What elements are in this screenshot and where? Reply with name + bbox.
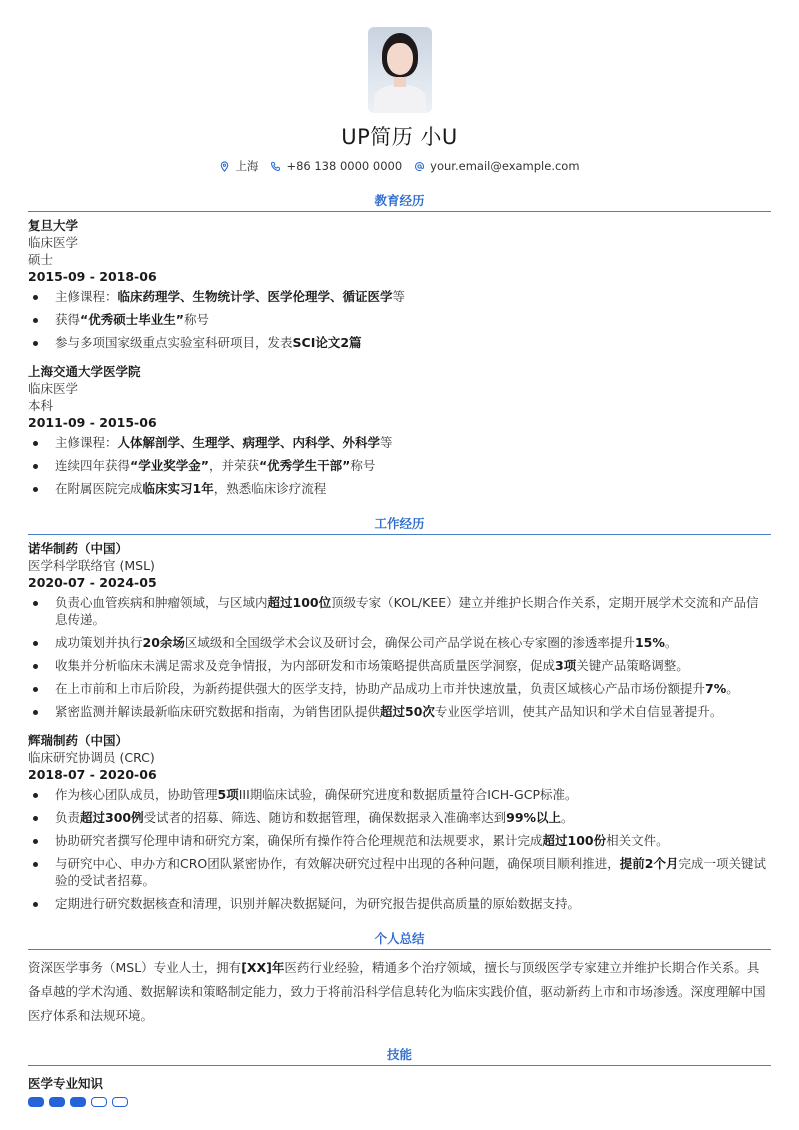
bullet-item: 负责超过300例受试者的招募、筛选、随访和数据管理，确保数据录入准确率达到99%… <box>28 809 771 826</box>
highlight-text: “优秀硕士毕业生” <box>80 312 184 327</box>
highlight-text: [XX]年 <box>241 960 284 975</box>
bullet-item: 负责心血管疾病和肿瘤领域，与区域内超过100位顶级专家（KOL/KEE）建立并维… <box>28 594 771 628</box>
contact-location: 上海 <box>219 158 258 174</box>
major: 临床医学 <box>28 234 771 251</box>
section-title-skills: 技能 <box>28 1045 771 1066</box>
text-run: 成功策划并执行 <box>55 635 143 650</box>
company-name: 辉瑞制药（中国） <box>28 732 771 749</box>
text-run: 称号 <box>184 312 209 327</box>
resume-page: UP简历 小U 上海 +86 138 0000 0000 your.email@… <box>0 0 799 1107</box>
bullet-item: 主修课程：临床药理学、生物统计学、医学伦理学、循证医学等 <box>28 288 771 305</box>
bullet-item: 主修课程：人体解剖学、生理学、病理学、内科学、外科学等 <box>28 434 771 451</box>
text-run: 在上市前和上市后阶段，为新药提供强大的医学支持，协助产品成功上市并快速放量，负责… <box>55 681 705 696</box>
summary-text: 资深医学事务（MSL）专业人士，拥有[XX]年医药行业经验，精通多个治疗领域，擅… <box>28 956 771 1028</box>
highlight-text: 3项 <box>555 658 576 673</box>
highlight-text: 超过100份 <box>543 833 607 848</box>
job-title: 临床研究协调员 (CRC) <box>28 749 771 766</box>
bullet-item: 连续四年获得“学业奖学金”，并荣获“优秀学生干部”称号 <box>28 457 771 474</box>
phone-icon <box>270 161 281 172</box>
skill-level-indicator <box>28 1097 771 1107</box>
highlight-text: “优秀学生干部” <box>259 458 350 473</box>
skill-name: 医学专业知识 <box>28 1074 771 1092</box>
section-title-summary: 个人总结 <box>28 929 771 950</box>
bullet-item: 紧密监测并解读最新临床研究数据和指南，为销售团队提供超过50次专业医学培训，使其… <box>28 703 771 720</box>
education-entry: 复旦大学 临床医学 硕士 2015-09 - 2018-06 主修课程：临床药理… <box>28 217 771 351</box>
bullet-item: 协助研究者撰写伦理申请和研究方案，确保所有操作符合伦理规范和法规要求，累计完成超… <box>28 832 771 849</box>
degree: 硕士 <box>28 251 771 268</box>
text-run: 获得 <box>55 312 80 327</box>
text-run: 参与多项国家级重点实验室科研项目，发表 <box>55 335 293 350</box>
highlight-text: “学业奖学金” <box>130 458 209 473</box>
company-name: 诺华制药（中国） <box>28 540 771 557</box>
highlight-text: 20余场 <box>143 635 185 650</box>
contact-phone-text: +86 138 0000 0000 <box>286 159 402 173</box>
degree: 本科 <box>28 397 771 414</box>
text-run: 资深医学事务（MSL）专业人士，拥有 <box>28 960 241 975</box>
contact-info: 上海 +86 138 0000 0000 your.email@example.… <box>219 158 579 174</box>
education-highlights: 主修课程：临床药理学、生物统计学、医学伦理学、循证医学等获得“优秀硕士毕业生”称… <box>28 288 771 351</box>
education-dates: 2011-09 - 2015-06 <box>28 414 771 431</box>
contact-email-text: your.email@example.com <box>430 159 579 173</box>
text-run: 专业医学培训，使其产品知识和学术自信显著提升。 <box>435 704 723 719</box>
section-title-work: 工作经历 <box>28 514 771 535</box>
highlight-text: 人体解剖学、生理学、病理学、内科学、外科学 <box>118 435 381 450</box>
work-responsibilities: 作为核心团队成员，协助管理5项III期临床试验，确保研究进度和数据质量符合ICH… <box>28 786 771 912</box>
section-title-education: 教育经历 <box>28 191 771 212</box>
contact-location-text: 上海 <box>235 158 258 174</box>
text-run: 称号 <box>350 458 375 473</box>
text-run: 主修课程： <box>55 289 118 304</box>
work-dates: 2020-07 - 2024-05 <box>28 574 771 591</box>
text-run: ，并荣获 <box>209 458 259 473</box>
text-run: 。 <box>726 681 739 696</box>
work-dates: 2018-07 - 2020-06 <box>28 766 771 783</box>
text-run: 紧密监测并解读最新临床研究数据和指南，为销售团队提供 <box>55 704 380 719</box>
highlight-text: 超过100位 <box>268 595 332 610</box>
highlight-text: 临床实习1年 <box>143 481 214 496</box>
bullet-item: 与研究中心、申办方和CRO团队紧密协作，有效解决研究过程中出现的各种问题，确保项… <box>28 855 771 889</box>
text-run: 主修课程： <box>55 435 118 450</box>
school-name: 复旦大学 <box>28 217 771 234</box>
resume-header: UP简历 小U 上海 +86 138 0000 0000 your.email@… <box>28 0 771 174</box>
bullet-item: 在上市前和上市后阶段，为新药提供强大的医学支持，协助产品成功上市并快速放量，负责… <box>28 680 771 697</box>
highlight-text: 7% <box>705 681 726 696</box>
highlight-text: 15% <box>635 635 665 650</box>
text-run: 。 <box>561 810 574 825</box>
education-entry: 上海交通大学医学院 临床医学 本科 2011-09 - 2015-06 主修课程… <box>28 363 771 497</box>
location-pin-icon <box>219 161 230 172</box>
contact-phone: +86 138 0000 0000 <box>270 159 402 173</box>
text-run: 等 <box>380 435 393 450</box>
skill-item: 医学专业知识 <box>28 1074 771 1107</box>
text-run: 收集并分析临床未满足需求及竞争情报，为内部研发和市场策略提供高质量医学洞察，促成 <box>55 658 555 673</box>
highlight-text: SCI论文2篇 <box>293 335 362 350</box>
skill-dot-empty <box>112 1097 128 1107</box>
text-run: 等 <box>393 289 406 304</box>
skill-dot-filled <box>70 1097 86 1107</box>
skill-dot-filled <box>28 1097 44 1107</box>
highlight-text: 提前2个月 <box>620 856 679 871</box>
text-run: 受试者的招募、筛选、随访和数据管理，确保数据录入准确率达到 <box>144 810 507 825</box>
education-highlights: 主修课程：人体解剖学、生理学、病理学、内科学、外科学等连续四年获得“学业奖学金”… <box>28 434 771 497</box>
work-entry: 诺华制药（中国） 医学科学联络官 (MSL) 2020-07 - 2024-05… <box>28 540 771 720</box>
contact-email: your.email@example.com <box>414 159 579 173</box>
text-run: 区域级和全国级学术会议及研讨会，确保公司产品学说在核心专家圈的渗透率提升 <box>185 635 635 650</box>
major: 临床医学 <box>28 380 771 397</box>
work-entry: 辉瑞制药（中国） 临床研究协调员 (CRC) 2018-07 - 2020-06… <box>28 732 771 912</box>
bullet-item: 收集并分析临床未满足需求及竞争情报，为内部研发和市场策略提供高质量医学洞察，促成… <box>28 657 771 674</box>
profile-photo <box>368 27 432 113</box>
education-dates: 2015-09 - 2018-06 <box>28 268 771 285</box>
text-run: 在附属医院完成 <box>55 481 143 496</box>
text-run: 作为核心团队成员，协助管理 <box>55 787 218 802</box>
text-run: 连续四年获得 <box>55 458 130 473</box>
candidate-name: UP简历 小U <box>341 121 458 151</box>
text-run: 相关文件。 <box>606 833 669 848</box>
bullet-item: 定期进行研究数据核查和清理，识别并解决数据疑问，为研究报告提供高质量的原始数据支… <box>28 895 771 912</box>
highlight-text: 5项 <box>218 787 239 802</box>
text-run: 协助研究者撰写伦理申请和研究方案，确保所有操作符合伦理规范和法规要求，累计完成 <box>55 833 543 848</box>
text-run: 定期进行研究数据核查和清理，识别并解决数据疑问，为研究报告提供高质量的原始数据支… <box>55 896 580 911</box>
text-run: 关键产品策略调整。 <box>576 658 689 673</box>
highlight-text: 超过50次 <box>380 704 435 719</box>
text-run: 。 <box>665 635 678 650</box>
bullet-item: 成功策划并执行20余场区域级和全国级学术会议及研讨会，确保公司产品学说在核心专家… <box>28 634 771 651</box>
highlight-text: 临床药理学、生物统计学、医学伦理学、循证医学 <box>118 289 393 304</box>
bullet-item: 作为核心团队成员，协助管理5项III期临床试验，确保研究进度和数据质量符合ICH… <box>28 786 771 803</box>
bullet-item: 获得“优秀硕士毕业生”称号 <box>28 311 771 328</box>
work-responsibilities: 负责心血管疾病和肿瘤领域，与区域内超过100位顶级专家（KOL/KEE）建立并维… <box>28 594 771 720</box>
job-title: 医学科学联络官 (MSL) <box>28 557 771 574</box>
school-name: 上海交通大学医学院 <box>28 363 771 380</box>
text-run: 负责心血管疾病和肿瘤领域，与区域内 <box>55 595 268 610</box>
highlight-text: 99%以上 <box>506 810 561 825</box>
bullet-item: 在附属医院完成临床实习1年，熟悉临床诊疗流程 <box>28 480 771 497</box>
text-run: 与研究中心、申办方和CRO团队紧密协作，有效解决研究过程中出现的各种问题，确保项… <box>55 856 620 871</box>
highlight-text: 超过300例 <box>80 810 144 825</box>
bullet-item: 参与多项国家级重点实验室科研项目，发表SCI论文2篇 <box>28 334 771 351</box>
text-run: ，熟悉临床诊疗流程 <box>214 481 327 496</box>
text-run: III期临床试验，确保研究进度和数据质量符合ICH-GCP标准。 <box>239 787 578 802</box>
skill-dot-empty <box>91 1097 107 1107</box>
text-run: 负责 <box>55 810 80 825</box>
at-sign-icon <box>414 161 425 172</box>
skill-dot-filled <box>49 1097 65 1107</box>
